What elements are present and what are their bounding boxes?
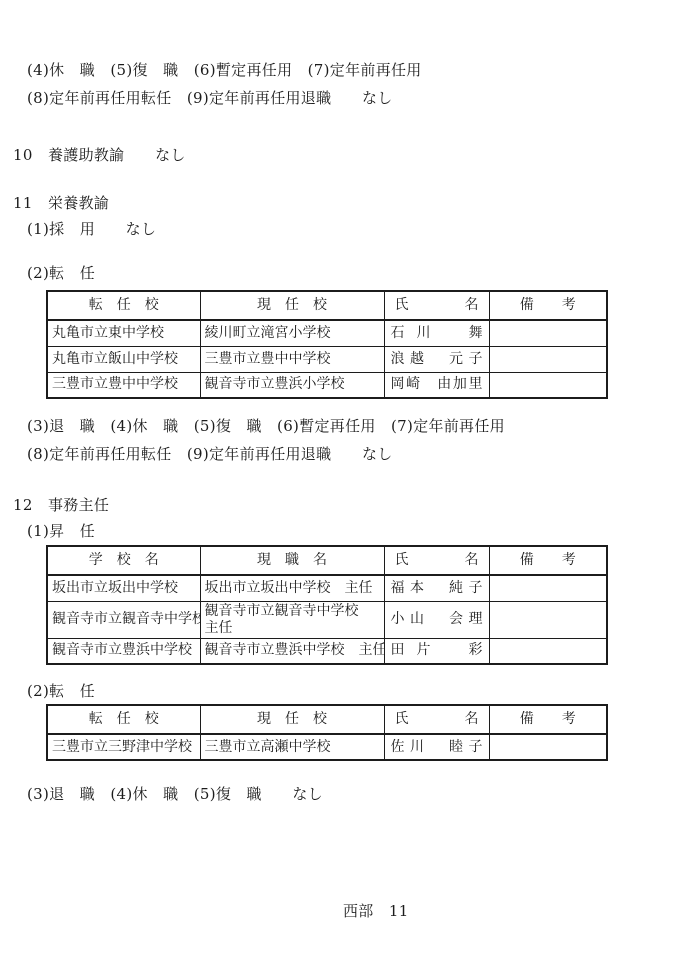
eiyou-kyouyu-tennin-table: 転 任 校現 任 校氏 名備 考丸亀市立東中学校綾川町立滝宮小学校石川 舞丸亀市… [46, 290, 608, 399]
table-cell: 三豊市立豊中中学校 [200, 346, 384, 372]
table-cell: 観音寺市立豊浜小学校 [200, 372, 384, 398]
table-cell: 丸亀市立東中学校 [47, 320, 200, 346]
section-12-tennin-label: (2)転 任 [27, 683, 95, 700]
table-cell [489, 575, 607, 601]
section-10-title: 10 養護助教諭 なし [13, 147, 186, 164]
document-page: (4)休 職 (5)復 職 (6)暫定再任用 (7)定年前再任用 (8)定年前再… [0, 0, 680, 961]
name-cell: 浪越 元子 [384, 346, 489, 372]
table-cell: 丸亀市立飯山中学校 [47, 346, 200, 372]
table-header-cell: 現 任 校 [200, 291, 384, 320]
table-header-cell: 現 任 校 [200, 705, 384, 734]
table-row: 三豊市立豊中中学校観音寺市立豊浜小学校岡崎 由加里 [47, 372, 607, 398]
table-row: 三豊市立三野津中学校三豊市立高瀬中学校佐川 睦子 [47, 734, 607, 760]
table-row: 丸亀市立飯山中学校三豊市立豊中中学校浪越 元子 [47, 346, 607, 372]
section-11-after-line-1: (3)退 職 (4)休 職 (5)復 職 (6)暫定再任用 (7)定年前再任用 [27, 418, 505, 435]
section-11-after-line-2: (8)定年前再任用転任 (9)定年前再任用退職 なし [27, 446, 393, 463]
table-cell: 三豊市立三野津中学校 [47, 734, 200, 760]
section-12-after-line: (3)退 職 (4)休 職 (5)復 職 なし [27, 786, 323, 803]
section-11-saiyo-line: (1)採 用 なし [27, 221, 156, 238]
section-12-shonin-label: (1)昇 任 [27, 523, 95, 540]
table-header-cell: 備 考 [489, 546, 607, 575]
table-cell: 観音寺市立豊浜中学校 [47, 638, 200, 664]
table-cell [489, 638, 607, 664]
name-cell: 岡崎 由加里 [384, 372, 489, 398]
table-cell: 坂出市立坂出中学校 [47, 575, 200, 601]
table-cell: 坂出市立坂出中学校 主任 [200, 575, 384, 601]
table-row: 観音寺市立豊浜中学校観音寺市立豊浜中学校 主任田片 彩 [47, 638, 607, 664]
table-cell [489, 601, 607, 638]
table-cell: 観音寺市立豊浜中学校 主任 [200, 638, 384, 664]
table-cell: 綾川町立滝宮小学校 [200, 320, 384, 346]
section-11-tennin-label: (2)転 任 [27, 265, 95, 282]
table-header-cell: 氏 名 [384, 705, 489, 734]
table-cell: 観音寺市立観音寺中学校 主任 [200, 601, 384, 638]
table-header-row: 転 任 校現 任 校氏 名備 考 [47, 291, 607, 320]
table-cell: 三豊市立高瀬中学校 [200, 734, 384, 760]
table-header-cell: 備 考 [489, 291, 607, 320]
jimu-shunin-shonin-table: 学 校 名現 職 名氏 名備 考坂出市立坂出中学校坂出市立坂出中学校 主任福本 … [46, 545, 608, 665]
status-options-line-2: (8)定年前再任用転任 (9)定年前再任用退職 なし [27, 90, 393, 107]
name-cell: 石川 舞 [384, 320, 489, 346]
page-number: 西部 11 [343, 903, 409, 920]
jimu-shunin-tennin-table: 転 任 校現 任 校氏 名備 考三豊市立三野津中学校三豊市立高瀬中学校佐川 睦子 [46, 704, 608, 761]
table-cell [489, 734, 607, 760]
table-header-cell: 備 考 [489, 705, 607, 734]
table-header-row: 学 校 名現 職 名氏 名備 考 [47, 546, 607, 575]
name-cell: 田片 彩 [384, 638, 489, 664]
table-cell [489, 320, 607, 346]
table-cell [489, 372, 607, 398]
table-row: 坂出市立坂出中学校坂出市立坂出中学校 主任福本 純子 [47, 575, 607, 601]
table-header-cell: 氏 名 [384, 546, 489, 575]
name-cell: 佐川 睦子 [384, 734, 489, 760]
table-header-cell: 氏 名 [384, 291, 489, 320]
table-row: 観音寺市立観音寺中学校観音寺市立観音寺中学校 主任小山 会理 [47, 601, 607, 638]
table-header-row: 転 任 校現 任 校氏 名備 考 [47, 705, 607, 734]
table-header-cell: 転 任 校 [47, 705, 200, 734]
section-11-title: 11 栄養教諭 [13, 195, 109, 212]
table-cell: 観音寺市立観音寺中学校 [47, 601, 200, 638]
name-cell: 福本 純子 [384, 575, 489, 601]
status-options-line-1: (4)休 職 (5)復 職 (6)暫定再任用 (7)定年前再任用 [27, 62, 422, 79]
table-header-cell: 現 職 名 [200, 546, 384, 575]
table-cell [489, 346, 607, 372]
section-12-title: 12 事務主任 [13, 497, 109, 514]
table-header-cell: 転 任 校 [47, 291, 200, 320]
name-cell: 小山 会理 [384, 601, 489, 638]
table-header-cell: 学 校 名 [47, 546, 200, 575]
table-row: 丸亀市立東中学校綾川町立滝宮小学校石川 舞 [47, 320, 607, 346]
table-cell: 三豊市立豊中中学校 [47, 372, 200, 398]
